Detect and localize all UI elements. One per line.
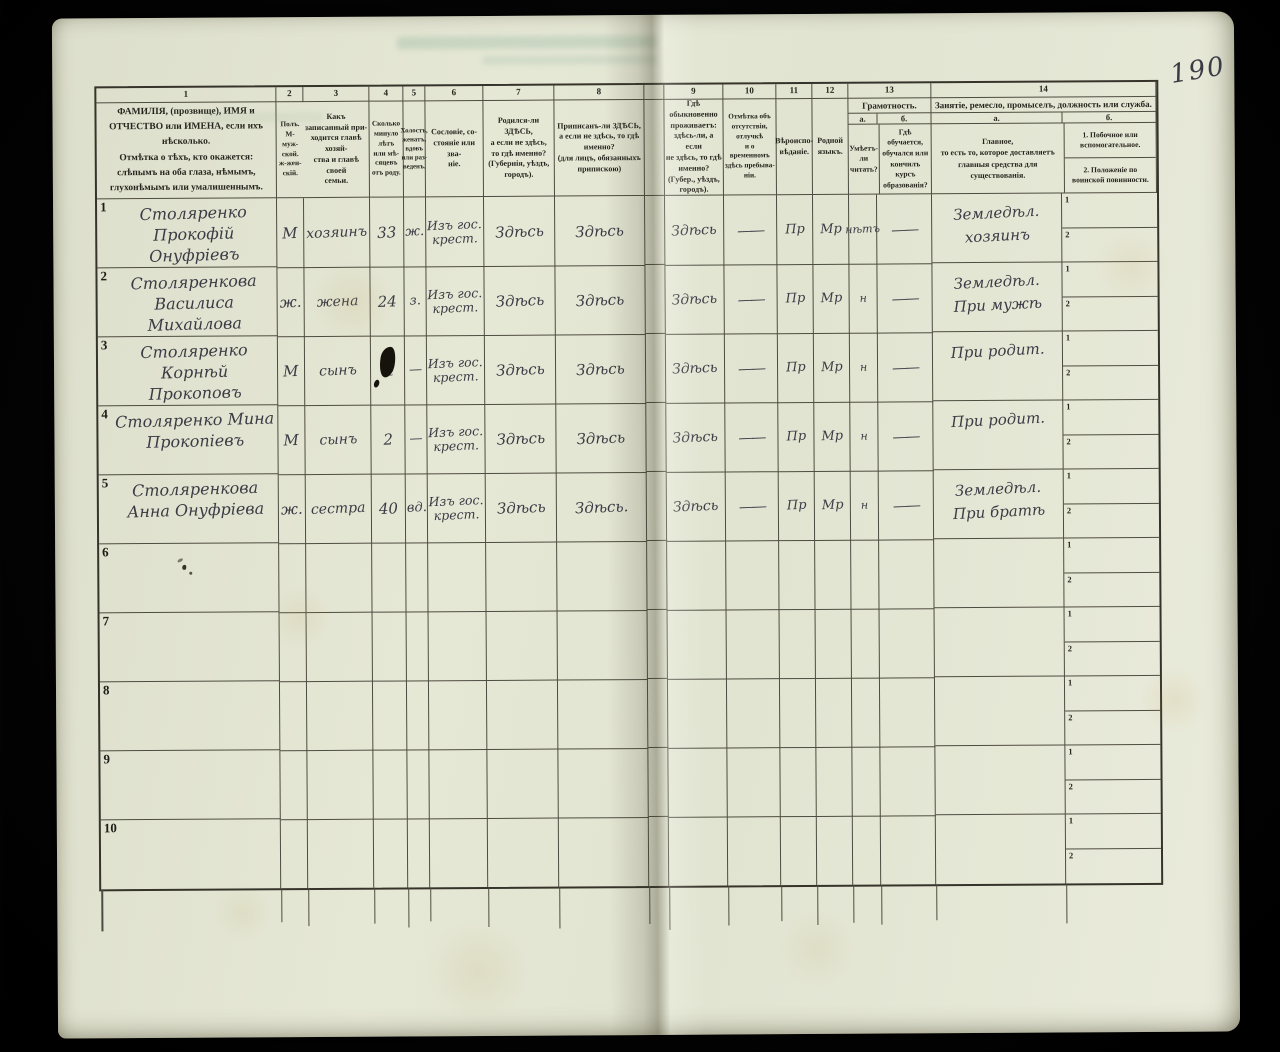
cell-absence: —— xyxy=(724,264,777,334)
cell-birthplace xyxy=(487,611,558,681)
cell-reads: н xyxy=(849,264,877,334)
cell-age: 2 xyxy=(371,404,405,474)
cell-language: Мр xyxy=(814,333,850,403)
cell-education xyxy=(880,677,935,747)
ink-speck xyxy=(189,572,192,575)
cell-education: —— xyxy=(877,194,932,264)
side-occupation-sub-1: 1 xyxy=(1062,262,1157,298)
name-value: Столяренко Мина Прокопіевъ xyxy=(98,403,278,454)
cell-side-occupation: 1 2 xyxy=(1065,745,1160,815)
col-number-1: 1 xyxy=(96,87,276,103)
header-education-column: Гдѣ обучается, обучался или кончилъ курс… xyxy=(880,124,931,193)
cell-age xyxy=(374,818,408,887)
cell-sex: М xyxy=(278,405,305,475)
cell-relation xyxy=(307,750,373,820)
cell-relation: хозяинъ xyxy=(304,198,370,268)
cell-language xyxy=(816,609,852,679)
col-number-11: 11 xyxy=(776,84,812,99)
header-literacy-a-letter: а. xyxy=(848,114,877,124)
cell-side-occupation: 1 2 xyxy=(1064,538,1159,608)
cell-estate xyxy=(429,680,487,750)
cell-occupation: Земледѣл. При братѣ xyxy=(934,469,1064,539)
fold-gutter xyxy=(648,679,668,748)
cell-registered xyxy=(558,679,648,750)
header-occupation-group: Занятіе, ремесло, промыселъ, должность и… xyxy=(931,97,1157,194)
cell-absence: —— xyxy=(725,333,778,403)
cell-religion xyxy=(779,540,815,610)
cell-side-occupation: 1 2 xyxy=(1062,193,1157,263)
cell-age xyxy=(372,542,406,612)
fold-gutter xyxy=(646,334,666,403)
cell-occupation xyxy=(934,538,1064,608)
cell-estate xyxy=(429,749,487,819)
row-number: 7 xyxy=(103,613,110,629)
cell-sex xyxy=(280,612,307,682)
name-value: Столяренко Прокофій Онуфріевъ xyxy=(96,196,277,268)
cell-occupation: При родит. xyxy=(933,400,1063,470)
name-value: Столяренко Корнѣй Прокоповъ xyxy=(97,334,278,406)
side-occupation-sub-2: 2 xyxy=(1064,573,1159,608)
cell-absence: —— xyxy=(726,471,779,541)
cell-language xyxy=(816,678,852,748)
cell-relation xyxy=(306,543,372,613)
header-side-occupation-2: 2. Положеніе по воинской повинности. xyxy=(1065,158,1156,193)
name-value: Столяренкова Василиса Михайлова xyxy=(97,265,278,337)
header-reads-column: Умѣетъ- ли читать? xyxy=(849,125,880,194)
cell-relation: сестра xyxy=(306,474,372,544)
header-occupation-a-letter: а. xyxy=(931,112,1062,123)
cell-reads xyxy=(852,678,880,748)
cell-religion xyxy=(780,609,816,679)
side-occupation-sub-1: 1 xyxy=(1063,331,1158,367)
row-number: 2 xyxy=(100,268,107,284)
col-number-6: 6 xyxy=(425,86,483,101)
side-occupation-sub-2: 2 xyxy=(1066,849,1161,884)
cell-birthplace: Здѣсь xyxy=(486,473,557,543)
header-religion-column: Вѣроиспо- вѣданіе. xyxy=(776,99,813,195)
fold-gutter xyxy=(649,817,669,886)
cell-language xyxy=(815,540,851,610)
cell-residence: Здѣсь xyxy=(667,472,726,542)
cell-relation: жена xyxy=(304,267,370,337)
cell-age xyxy=(373,749,407,819)
cell-absence xyxy=(727,747,780,817)
cell-education: —— xyxy=(879,470,934,540)
cell-marital xyxy=(408,818,430,887)
cell-residence xyxy=(667,541,726,611)
cell-religion xyxy=(780,747,816,817)
side-occupation-sub-2: 2 xyxy=(1063,435,1158,470)
cell-sex xyxy=(281,819,308,888)
cell-sex: ж. xyxy=(279,474,306,544)
cell-name: 5 Столяренкова Анна Онуфріева xyxy=(99,474,279,544)
cell-estate: Изъ гос. крест. xyxy=(427,335,485,405)
side-occupation-sub-1: 1 xyxy=(1064,538,1159,574)
row-number: 8 xyxy=(103,682,110,698)
cell-registered: Здѣсь. xyxy=(557,472,647,543)
header-main-occupation-column: Главное, то есть то, которое доставляетъ… xyxy=(932,123,1065,193)
cell-age xyxy=(373,680,407,750)
row-number: 9 xyxy=(103,751,110,767)
cell-name: 1 Столяренко Прокофій Онуфріевъ xyxy=(97,198,277,268)
page-number: 190 xyxy=(1168,51,1228,90)
cell-registered: Здѣсь xyxy=(556,403,646,474)
side-occupation-sub-2: 2 xyxy=(1063,366,1158,401)
cell-name: 2 Столяренкова Василиса Михайлова xyxy=(97,267,277,337)
cell-name: 9 xyxy=(100,750,280,820)
header-name-column: ФАМИЛІЯ, (прозвище), ИМЯ и ОТЧЕСТВО или … xyxy=(96,102,277,199)
cell-residence xyxy=(668,748,727,818)
cell-registered xyxy=(559,817,649,887)
side-occupation-sub-2: 2 xyxy=(1065,642,1160,677)
col-number-14: 14 xyxy=(931,82,1156,98)
cell-religion: Пр xyxy=(777,264,813,334)
header-age-column: Сколько минуло лѣтъ или мѣ- сяцевъ отъ р… xyxy=(369,101,404,197)
bleed-through-smudge xyxy=(397,35,657,50)
cell-education xyxy=(880,746,935,816)
cell-reads: нѣтъ xyxy=(849,195,877,265)
cell-language: Мр xyxy=(813,195,849,265)
cell-side-occupation: 1 2 xyxy=(1064,469,1159,539)
census-sheet: 190 1 2 3 4 5 6 7 8 9 10 11 12 13 14 ФАМ… xyxy=(52,11,1240,1038)
header-literacy-title: Грамотность. xyxy=(848,98,930,114)
cell-birthplace: Здѣсь xyxy=(484,266,555,336)
col-number-5: 5 xyxy=(403,86,425,101)
side-occupation-sub-1: 1 xyxy=(1064,469,1159,505)
cell-sex xyxy=(280,681,307,751)
side-occupation-sub-1: 1 xyxy=(1066,814,1161,850)
col-number-10: 10 xyxy=(723,84,776,99)
header-side-occupation-column: 1. Побочное или вспомогательное. 2. Поло… xyxy=(1065,123,1156,193)
cell-language xyxy=(816,747,852,817)
side-occupation-sub-2: 2 xyxy=(1063,297,1158,332)
header-sex-column: Полъ. М-муж- ской. ж-жен- скій. xyxy=(276,102,304,198)
cell-occupation xyxy=(935,676,1065,746)
header-occupation-title: Занятіе, ремесло, промыселъ, должность и… xyxy=(931,97,1155,113)
cell-side-occupation: 1 2 xyxy=(1063,400,1158,470)
cell-registered: Здѣсь xyxy=(555,196,645,267)
header-side-occupation-1: 1. Побочное или вспомогательное. xyxy=(1065,123,1156,159)
cell-relation xyxy=(307,612,373,682)
cell-age: 24 xyxy=(370,266,404,336)
side-occupation-sub-2: 2 xyxy=(1064,504,1159,539)
row-number: 10 xyxy=(104,820,117,836)
fold-gutter xyxy=(648,748,668,817)
cell-name: 7 xyxy=(100,612,280,682)
side-occupation-sub-2: 2 xyxy=(1065,711,1160,746)
cell-sex: М xyxy=(277,198,304,268)
cell-estate: Изъ гос. крест. xyxy=(428,473,486,543)
cell-residence xyxy=(668,610,727,680)
cell-reads: н xyxy=(851,471,879,541)
cell-occupation xyxy=(935,607,1065,677)
cell-birthplace xyxy=(486,542,557,612)
side-occupation-sub-1: 1 xyxy=(1063,400,1158,436)
cell-language: Мр xyxy=(815,471,851,541)
cell-reads xyxy=(853,816,881,885)
cell-age: 40 xyxy=(372,473,406,543)
cell-birthplace xyxy=(487,680,558,750)
cell-estate xyxy=(430,818,488,887)
cell-language xyxy=(817,816,853,885)
bleed-through-smudge xyxy=(482,55,657,65)
cell-absence: —— xyxy=(724,195,777,265)
cell-registered: Здѣсь xyxy=(556,334,646,405)
cell-age xyxy=(373,611,407,681)
row-number: 6 xyxy=(102,544,109,560)
cell-marital: — xyxy=(405,335,427,405)
cell-religion: Пр xyxy=(777,195,813,265)
col-number-12: 12 xyxy=(812,84,848,99)
cell-marital: з. xyxy=(404,266,426,336)
cell-religion xyxy=(781,816,817,885)
row-number: 3 xyxy=(101,337,108,353)
cell-birthplace xyxy=(487,749,558,819)
row-number: 5 xyxy=(102,475,109,491)
cell-religion: Пр xyxy=(778,333,814,403)
cell-education xyxy=(881,815,936,884)
cell-sex xyxy=(280,750,307,820)
cell-side-occupation: 1 2 xyxy=(1065,607,1160,677)
cell-residence xyxy=(668,679,727,749)
cell-reads xyxy=(851,540,879,610)
census-table: 1 2 3 4 5 6 7 8 9 10 11 12 13 14 ФАМИЛІЯ… xyxy=(94,80,1163,891)
col-number-3: 3 xyxy=(303,87,369,102)
header-literacy-group: Грамотность. а. б. Умѣетъ- ли читать? Гд… xyxy=(848,98,932,195)
header-relation-column: Какъ записанный при- ходится главѣ хозяй… xyxy=(303,102,370,198)
cell-reads xyxy=(852,747,880,817)
fold-gutter xyxy=(644,85,664,100)
cell-marital xyxy=(407,680,429,750)
col-number-4: 4 xyxy=(369,86,403,101)
cell-residence: Здѣсь xyxy=(666,334,725,404)
fold-gutter xyxy=(645,196,665,265)
header-estate-column: Сословіе, со- стояніе или зва- ніе. xyxy=(425,101,484,197)
cell-side-occupation: 1 2 xyxy=(1065,676,1160,746)
fold-gutter xyxy=(647,541,667,610)
col-number-2: 2 xyxy=(276,87,303,102)
cell-absence xyxy=(727,609,780,679)
rule-line-tails xyxy=(101,883,1163,933)
header-language-column: Родной языкъ. xyxy=(812,99,849,195)
cell-reads: н xyxy=(850,402,878,472)
header-marital-column: Холостъ, женатъ, вдовъ или раз- веденъ. xyxy=(403,101,426,197)
cell-sex xyxy=(279,543,306,613)
cell-name: 3 Столяренко Корнѣй Прокоповъ xyxy=(98,336,278,406)
cell-occupation xyxy=(935,745,1065,815)
cell-name: 6 xyxy=(99,543,279,613)
cell-residence: Здѣсь xyxy=(665,196,724,266)
side-occupation-sub-2: 2 xyxy=(1066,780,1161,815)
cell-age: 33 xyxy=(370,197,404,267)
cell-marital xyxy=(407,749,429,819)
cell-relation xyxy=(307,681,373,751)
cell-residence: Здѣсь xyxy=(666,403,725,473)
cell-occupation: При родит. xyxy=(933,331,1063,401)
cell-relation: сынъ xyxy=(305,336,371,406)
cell-estate: Изъ гос. крест. xyxy=(426,197,484,267)
cell-religion: Пр xyxy=(779,471,815,541)
cell-marital xyxy=(406,542,428,612)
header-absence-column: Отмѣтка объ отсутствіи, отлучкѣ и о врем… xyxy=(723,99,777,195)
cell-occupation xyxy=(936,814,1066,884)
cell-reads xyxy=(852,609,880,679)
cell-residence: Здѣсь xyxy=(665,265,724,335)
cell-education xyxy=(880,608,935,678)
cell-registered: Здѣсь xyxy=(555,265,645,336)
cell-birthplace: Здѣсь xyxy=(485,404,556,474)
name-value: Столяренкова Анна Онуфріева xyxy=(98,472,278,523)
header-literacy-b-letter: б. xyxy=(877,113,930,123)
cell-name: 10 xyxy=(101,819,281,889)
side-occupation-sub-1: 1 xyxy=(1065,676,1160,712)
header-birthplace-column: Родился-ли ЗДѢСЬ, а если не здѣсь, то гд… xyxy=(483,101,555,197)
cell-residence xyxy=(669,817,728,886)
cell-relation: сынъ xyxy=(305,405,371,475)
cell-birthplace: Здѣсь xyxy=(484,197,555,267)
row-number: 1 xyxy=(100,199,107,215)
col-number-7: 7 xyxy=(483,86,554,101)
cell-marital: ж. xyxy=(404,197,426,267)
header-registered-column: Приписанъ-ли ЗДѢСЬ, а если не здѣсь, то … xyxy=(554,100,645,197)
fold-gutter xyxy=(647,472,667,541)
cell-occupation: Земледѣл. хозяинъ xyxy=(932,193,1062,263)
cell-education: —— xyxy=(878,401,933,471)
cell-absence xyxy=(727,678,780,748)
cell-registered xyxy=(558,748,648,819)
cell-education: —— xyxy=(878,332,933,402)
cell-relation xyxy=(308,819,374,888)
ink-speck xyxy=(182,565,186,570)
cell-language: Мр xyxy=(814,402,850,472)
fold-gutter xyxy=(644,100,665,196)
cell-birthplace: Здѣсь xyxy=(485,335,556,405)
cell-marital: вд. xyxy=(406,473,428,543)
side-occupation-sub-1: 1 xyxy=(1065,607,1160,643)
cell-religion: Пр xyxy=(778,402,814,472)
fold-gutter xyxy=(645,265,665,334)
cell-registered xyxy=(558,610,648,681)
cell-marital: — xyxy=(405,404,427,474)
cell-birthplace xyxy=(488,818,559,887)
fold-gutter xyxy=(646,403,666,472)
cell-registered xyxy=(557,541,647,612)
cell-absence xyxy=(726,540,779,610)
cell-side-occupation: 1 2 xyxy=(1062,262,1157,332)
cell-reads: н xyxy=(850,333,878,403)
cell-absence: —— xyxy=(725,402,778,472)
cell-side-occupation: 1 2 xyxy=(1063,331,1158,401)
row-number: 4 xyxy=(101,406,108,422)
col-number-13: 13 xyxy=(848,83,931,99)
cell-estate xyxy=(429,611,487,681)
header-occupation-b-letter: б. xyxy=(1062,112,1155,123)
cell-sex: М xyxy=(278,336,305,406)
cell-religion xyxy=(780,678,816,748)
fold-gutter xyxy=(648,610,668,679)
header-residence-column: Гдѣ обыкновенно проживаетъ: здѣсь-ли, а … xyxy=(664,100,724,196)
side-occupation-sub-1: 1 xyxy=(1065,745,1160,781)
cell-estate: Изъ гос. крест. xyxy=(426,266,484,336)
side-occupation-sub-1: 1 xyxy=(1062,193,1157,229)
cell-name: 4 Столяренко Мина Прокопіевъ xyxy=(98,405,278,475)
cell-education xyxy=(879,539,934,609)
col-number-8: 8 xyxy=(554,85,644,101)
cell-occupation: Земледѣл. При мужѣ xyxy=(932,262,1062,332)
cell-estate xyxy=(428,542,486,612)
cell-absence xyxy=(728,816,781,885)
cell-estate: Изъ гос. крест. xyxy=(427,404,485,474)
cell-name: 8 xyxy=(100,681,280,751)
side-occupation-sub-2: 2 xyxy=(1062,228,1157,263)
cell-education: —— xyxy=(877,263,932,333)
cell-marital xyxy=(407,611,429,681)
cell-sex: ж. xyxy=(277,267,304,337)
cell-language: Мр xyxy=(813,264,849,334)
cell-side-occupation: 1 2 xyxy=(1066,814,1161,884)
